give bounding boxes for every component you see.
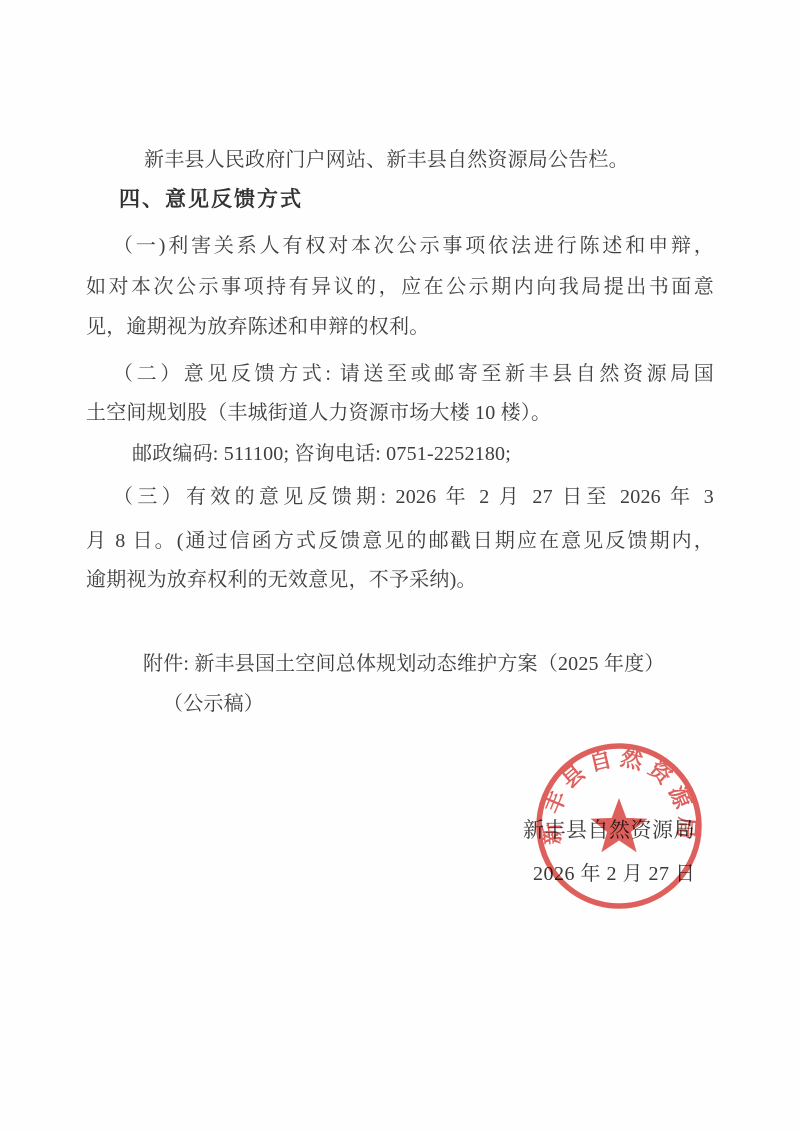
body-line: 如对本次公示事项持有异议的，应在公示期内向我局提出书面意 [86, 273, 714, 301]
signature-date: 2026 年 2 月 27 日 [533, 860, 696, 888]
body-line: （三）有效的意见反馈期: 2026 年 2 月 27 日至 2026 年 3 [86, 483, 714, 511]
section-heading: 四、意见反馈方式 [119, 185, 747, 213]
body-line: （一)利害关系人有权对本次公示事项依法进行陈述和申辩， [86, 232, 714, 260]
scanned-notice-page: 新丰县人民政府门户网站、新丰县自然资源局公告栏。 四、意见反馈方式 （一)利害关… [0, 0, 800, 1132]
body-line: 月 8 日。(通过信函方式反馈意见的邮戳日期应在意见反馈期内， [86, 527, 714, 555]
body-line: 见，逾期视为放弃陈述和申辩的权利。 [86, 313, 714, 341]
body-line: （二）意见反馈方式: 请送至或邮寄至新丰县自然资源局国 [86, 360, 714, 388]
body-line: 逾期视为放弃权利的无效意见，不予采纳)。 [86, 566, 714, 594]
attachment-line-2: （公示稿） [86, 690, 714, 718]
contact-info-line: 邮政编码: 511100; 咨询电话: 0751-2252180; [86, 440, 714, 468]
signature-agency: 新丰县自然资源局 [523, 816, 695, 844]
body-line: 新丰县人民政府门户网站、新丰县自然资源局公告栏。 [86, 146, 714, 174]
attachment-line: 附件: 新丰县国土空间总体规划动态维护方案（2025 年度） [86, 650, 714, 678]
body-line: 土空间规划股（丰城街道人力资源市场大楼 10 楼）。 [86, 399, 714, 427]
